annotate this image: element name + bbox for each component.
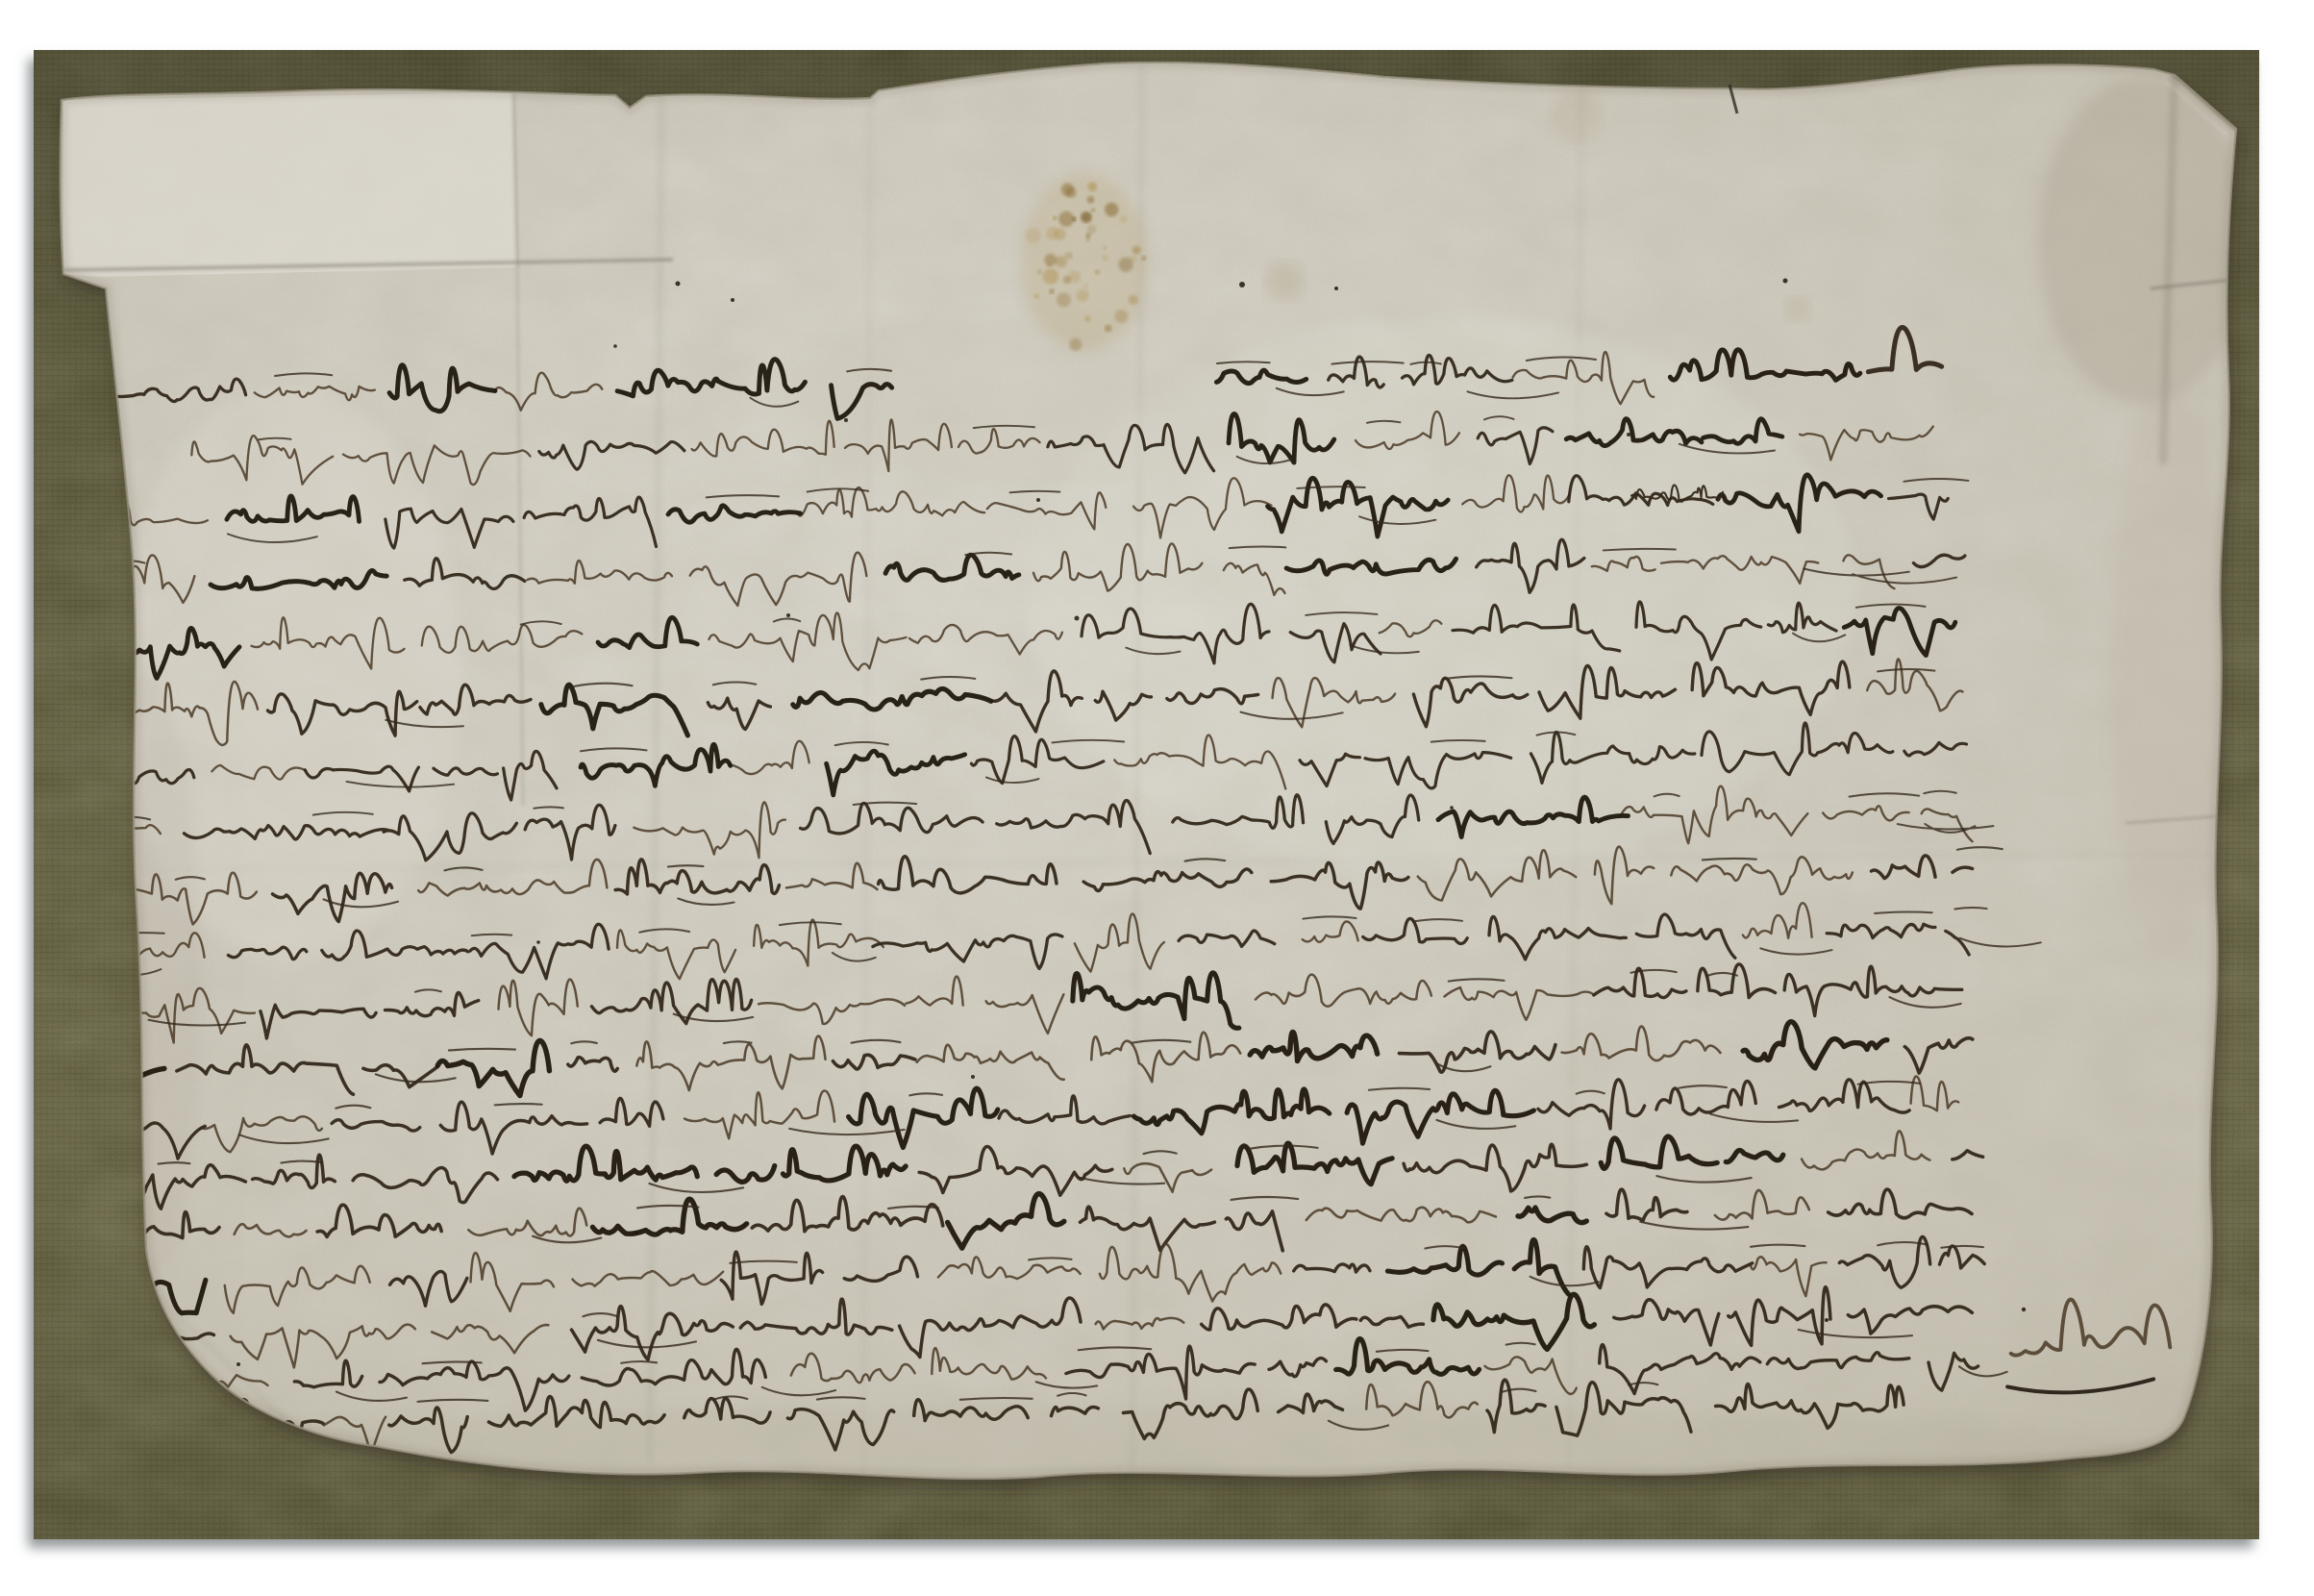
ink-speck (1627, 433, 1630, 436)
ink-speck (1239, 282, 1245, 287)
stain-blob (1026, 228, 1041, 243)
stain-blob (1141, 256, 1146, 261)
stain-blob (1087, 225, 1097, 235)
ink-speck (1783, 279, 1788, 284)
stain-blob (1034, 293, 1040, 299)
ink-speck (1075, 616, 1080, 621)
stain-blob (1105, 203, 1118, 216)
stain-blob (1086, 237, 1090, 241)
top-left-fold-flap (63, 92, 517, 277)
stain-blob (1047, 262, 1052, 267)
stain-blob (1129, 295, 1138, 305)
ink-speck (1036, 498, 1040, 502)
ink-speck (786, 613, 790, 617)
ink-speck (676, 282, 681, 287)
stain-blob (1077, 289, 1089, 302)
stain-blob (1091, 208, 1095, 212)
stain-blob (1095, 269, 1101, 275)
ink-speck (731, 298, 734, 302)
stain-blob (1056, 256, 1067, 267)
stain-blob (1072, 216, 1077, 221)
manuscript-photo-page (0, 0, 2314, 1596)
stain-blob (1130, 256, 1136, 262)
ink-speck (613, 344, 617, 348)
stain-blob (1081, 212, 1092, 223)
stain-blob (1105, 325, 1112, 333)
stain-blob (1082, 284, 1088, 289)
ink-speck (971, 1075, 975, 1079)
faint-stain (1785, 297, 1810, 322)
ink-speck (1825, 1318, 1829, 1322)
manuscript-photo (0, 0, 2314, 1596)
ink-speck (1334, 287, 1338, 290)
ink-speck (844, 418, 848, 422)
stain-blob (1069, 338, 1082, 351)
ink-speck (634, 1231, 638, 1234)
stain-blob (1085, 233, 1091, 238)
faint-stain (1265, 262, 1304, 300)
stain-blob (1114, 310, 1128, 323)
stain-blob (1057, 292, 1071, 307)
stain-blob (1058, 212, 1074, 227)
stain-blob (1102, 255, 1108, 262)
ink-speck (1450, 806, 1454, 810)
stain-blob (1065, 187, 1076, 198)
stain-blob (1053, 216, 1057, 220)
stain-blob (1049, 288, 1055, 294)
parchment-surface (0, 0, 2314, 1596)
stain-blob (1065, 252, 1073, 260)
stain-blob (1120, 215, 1127, 222)
stain-blob (1046, 227, 1058, 239)
stain-blob (1132, 246, 1141, 255)
stain-blob (1043, 268, 1059, 285)
faint-stain (1552, 90, 1602, 140)
parchment (0, 0, 2314, 1596)
stain-blob (1087, 196, 1095, 204)
stain-blob (1103, 246, 1107, 251)
stain-blob (1063, 276, 1071, 284)
ink-speck (2022, 1308, 2026, 1311)
ink-speck (236, 1362, 240, 1366)
stain-blob (1036, 269, 1042, 275)
stain-blob (1087, 182, 1097, 191)
stain-blob (1084, 315, 1091, 322)
ink-speck (536, 940, 540, 944)
